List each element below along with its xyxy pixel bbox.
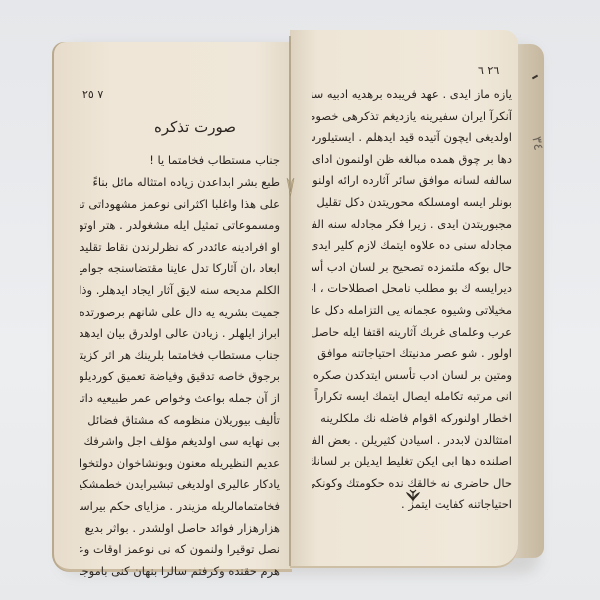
text-line: دها بر چوق همده مبالغه ظن اولنمون اداى xyxy=(312,149,512,171)
text-line: برجوق خاصه تدقيق وفياضة تعميق كورديلور . xyxy=(80,366,280,388)
text-line: جميت بشريه يه دال على شانهم برصورتده اثر… xyxy=(80,302,280,324)
text-line: طبع بشر ابداعدن زياده امتثاله مائل بناءً xyxy=(80,172,280,194)
text-line: هرم حقنده وكرفتم سالرا بنهان كنى باموجه xyxy=(80,561,280,583)
text-line: جناب مستطاب فخامتما بلرينك هر اثر كزيتده xyxy=(80,345,280,367)
bookmark-thread-icon xyxy=(286,176,295,198)
left-page-number: ٧ ٢٥ xyxy=(82,88,103,101)
text-line: اصلنده دها ابى ايكن تغليط ايديلن بر لسان… xyxy=(312,451,512,473)
book-gutter xyxy=(289,36,291,566)
text-line: ابعاد ،ان آثاركا تدل عاينا مقتضاسنجه جوا… xyxy=(80,258,280,280)
text-line: ومتين بر لسان ادب تأسس ايتدكدن صكره xyxy=(312,365,512,387)
text-line: بى نهايه سى اولديغم مؤلف اجل واشرفك تصوي… xyxy=(80,431,280,453)
text-line: فخامتمامالريله مزيندر . مزاياى حكم بيراس… xyxy=(80,496,280,518)
photo-background: ٧ ٢٥ صورت تذكره جناب مستطاب فخامتما يا !… xyxy=(0,0,600,600)
text-line: يادكار عاليرى اولديغى تبشيرايدن خطمشكين … xyxy=(80,474,280,496)
text-line: از آن جمله بواعث وخواص عمر طبيعيه داتر xyxy=(80,388,280,410)
text-line: مجبوريتدن ايدى . زيرا فكر مجادله سنه الف… xyxy=(312,214,512,236)
text-line: عرب وعلماى غربك آثارينه اقتفا ايله حاصل xyxy=(312,322,512,344)
text-line: يازه ماز ايدى . عهد فريبده برهديه ادبيه … xyxy=(312,84,512,106)
text-line: عديم النظيريله معنون وبونشاخوان دولتخواه… xyxy=(80,453,280,475)
left-page-title: صورت تذكره xyxy=(110,118,280,136)
fleuron-ornament-icon xyxy=(405,489,421,503)
text-line: ابراز ايلهلر . زيادن عالى اولدرق بيان اي… xyxy=(80,323,280,345)
text-line: اولور . شو عصر مدنيتك احتياجاتنه موافق xyxy=(312,343,512,365)
text-line: انى مرتبه تكامله ايصال ايتمك ايسه تكرارا… xyxy=(312,386,512,408)
text-line: اولديغى ايچون آتيده قيد ايدهلم . ايستيلو… xyxy=(312,127,512,149)
text-line: امتثالدن لابددر . اسيادن كثيريلن . بعض ا… xyxy=(312,430,512,452)
right-page-body: يازه ماز ايدى . عهد فريبده برهديه ادبيه … xyxy=(312,84,512,516)
text-line: ومسموعاتى تمثيل ايله مشغولدر . هتر اوتوع… xyxy=(80,215,280,237)
text-line: الكلم مديحه سنه لايق آثار ايجاد ايدهلر. … xyxy=(80,280,280,302)
text-line: مجادله سنى ده علاوه ايتمك لازم كلير ايدى… xyxy=(312,235,512,257)
text-line: اخطار اولنوركه اقوام فاضله نك ملكلرينه xyxy=(312,408,512,430)
text-line: بونلر ايسه اومسلكه محوريتدن دكل تقليل نز… xyxy=(312,192,512,214)
text-line: او افرادينه عائددر كه نظرلرندن نقاط تقلي… xyxy=(80,237,280,259)
text-line: مخيلاتى وشيوه عجمانه يى التزامله دكل علم… xyxy=(312,300,512,322)
text-line: تأليف بيوريلان منظومه كه مشتاق فضائل xyxy=(80,410,280,432)
salutation-line: جناب مستطاب فخامتما يا ! xyxy=(80,150,280,172)
text-line: ديرايسه ك بو مطلب نامحل اصطلاحات ، اغراق… xyxy=(312,278,512,300)
text-line: آنكرآ ايران سفيرينه يازديغم تذكرهى خصوصى xyxy=(312,106,512,128)
pencil-margin-note: ٣٤ xyxy=(528,135,545,151)
text-line: على هذا واغلبا اكثرانى نوعمز مشهوداتى تق… xyxy=(80,194,280,216)
right-page-number: ٢٦ ٦ xyxy=(478,64,499,77)
text-line: حال بوكه ملتمزده تصحيح بر لسان ادب أسس ا… xyxy=(312,257,512,279)
text-line: هزارهزار فوائد حاصل اولشدر . بواثر بديع xyxy=(80,518,280,540)
text-line: سالفه لسانه موافق سائر آثارده ارائه اولن… xyxy=(312,170,512,192)
left-page-body: طبع بشر ابداعدن زياده امتثاله مائل بناءً… xyxy=(80,172,280,582)
text-line: نصل توقيرا ولنمون كه نى نوعمز اوقات وعار… xyxy=(80,539,280,561)
left-page-salutation: جناب مستطاب فخامتما يا ! xyxy=(80,150,280,172)
